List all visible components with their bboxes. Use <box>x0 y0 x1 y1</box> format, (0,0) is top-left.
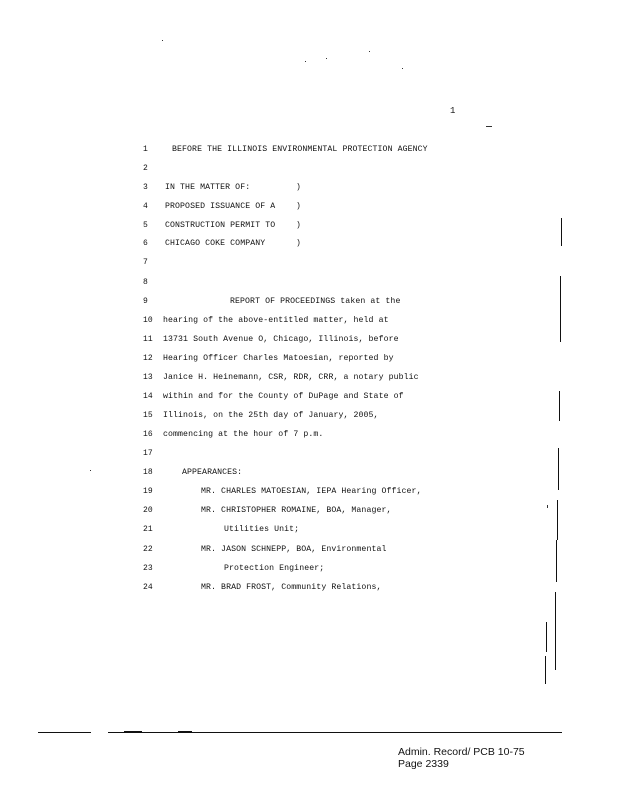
line-number: 3 <box>143 183 157 192</box>
caption-bracket: ) <box>296 239 301 248</box>
line-text: Hearing Officer Charles Matoesian, repor… <box>163 354 394 363</box>
scan-speck <box>547 505 548 508</box>
line-number: 6 <box>143 239 157 248</box>
line-number: 15 <box>143 411 157 420</box>
caption-bracket: ) <box>296 221 301 230</box>
margin-line <box>561 218 562 246</box>
bottom-rule-left <box>38 732 91 733</box>
line-text: IN THE MATTER OF: <box>165 183 250 192</box>
line-number: 8 <box>143 278 157 287</box>
margin-line <box>558 448 559 490</box>
line-number: 7 <box>143 258 157 267</box>
scan-speck <box>369 51 370 52</box>
bottom-rule-thick-1 <box>124 731 142 733</box>
bottom-rule-main <box>108 732 562 733</box>
line-number: 4 <box>143 202 157 211</box>
line-number: 11 <box>143 335 157 344</box>
footer-stamp: Admin. Record/ PCB 10-75 Page 2339 <box>398 746 525 770</box>
line-number: 18 <box>143 468 157 477</box>
margin-line <box>546 622 547 652</box>
line-text: BEFORE THE ILLINOIS ENVIRONMENTAL PROTEC… <box>172 145 428 154</box>
margin-line <box>555 592 556 670</box>
line-number: 16 <box>143 430 157 439</box>
line-text: MR. BRAD FROST, Community Relations, <box>201 583 381 592</box>
line-text: MR. JASON SCHNEPP, BOA, Environmental <box>201 545 387 554</box>
admin-record-label: Admin. Record/ PCB 10-75 <box>398 746 525 758</box>
line-number: 14 <box>143 392 157 401</box>
line-number: 10 <box>143 316 157 325</box>
line-text: commencing at the hour of 7 p.m. <box>163 430 323 439</box>
caption-bracket: ) <box>296 183 301 192</box>
scan-speck <box>402 68 403 69</box>
scan-speck <box>326 58 327 59</box>
margin-line <box>557 500 558 540</box>
line-text: Illinois, on the 25th day of January, 20… <box>163 411 379 420</box>
line-number: 17 <box>143 449 157 458</box>
line-number: 13 <box>143 373 157 382</box>
line-number: 12 <box>143 354 157 363</box>
line-number: 24 <box>143 583 157 592</box>
line-number: 5 <box>143 221 157 230</box>
line-text: Utilities Unit; <box>224 525 299 534</box>
line-number: 20 <box>143 506 157 515</box>
bottom-rule-thick-2 <box>178 731 192 733</box>
line-number: 2 <box>143 164 157 173</box>
margin-line <box>556 540 557 582</box>
line-text: within and for the County of DuPage and … <box>163 392 404 401</box>
line-text: PROPOSED ISSUANCE OF A <box>165 202 275 211</box>
line-number: 23 <box>143 564 157 573</box>
line-text: hearing of the above-entitled matter, he… <box>163 316 389 325</box>
page-number: 1 <box>450 106 455 116</box>
line-number: 22 <box>143 545 157 554</box>
line-text: CONSTRUCTION PERMIT TO <box>165 221 275 230</box>
line-text: MR. CHRISTOPHER ROMAINE, BOA, Manager, <box>201 506 392 515</box>
margin-line <box>545 656 546 684</box>
line-number: 19 <box>143 487 157 496</box>
line-text: REPORT OF PROCEEDINGS taken at the <box>230 297 400 306</box>
line-text: CHICAGO COKE COMPANY <box>165 239 265 248</box>
scan-speck <box>90 470 91 471</box>
scan-speck <box>162 40 163 41</box>
line-text: Protection Engineer; <box>224 564 324 573</box>
margin-line <box>559 391 560 421</box>
line-number: 9 <box>143 297 157 306</box>
line-text: MR. CHARLES MATOESIAN, IEPA Hearing Offi… <box>201 487 422 496</box>
scan-speck <box>486 126 492 127</box>
margin-line <box>560 276 561 342</box>
caption-bracket: ) <box>296 202 301 211</box>
line-number: 1 <box>143 145 157 154</box>
line-number: 21 <box>143 525 157 534</box>
page-label: Page 2339 <box>398 758 525 770</box>
line-text: APPEARANCES: <box>182 468 242 477</box>
line-text: 13731 South Avenue O, Chicago, Illinois,… <box>163 335 399 344</box>
scan-speck <box>305 61 306 62</box>
line-text: Janice H. Heinemann, CSR, RDR, CRR, a no… <box>163 373 419 382</box>
